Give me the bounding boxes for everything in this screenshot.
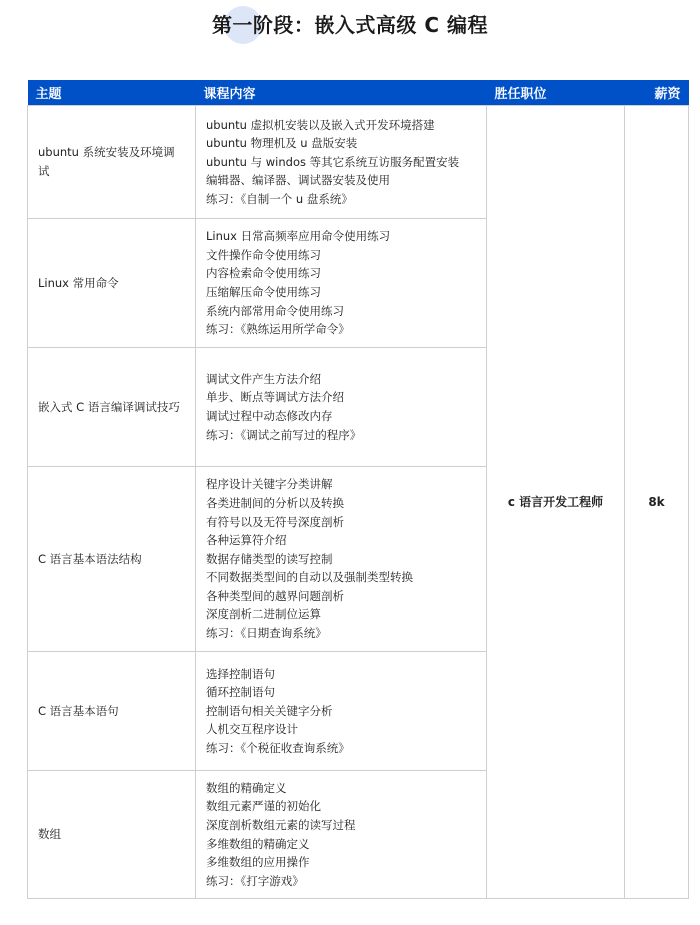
- content-line: 调试文件产生方法介绍: [206, 370, 476, 389]
- content-cell: 程序设计关键字分类讲解 各类进制间的分析以及转换 有符号以及无符号深度剖析 各种…: [196, 467, 487, 652]
- topic-cell: C 语言基本语法结构: [28, 467, 196, 652]
- content-line: 练习：《自制一个 u 盘系统》: [206, 190, 476, 209]
- content-cell: Linux 日常高频率应用命令使用练习 文件操作命令使用练习 内容检索命令使用练…: [196, 219, 487, 348]
- content-cell: 数组的精确定义 数组元素严谨的初始化 深度剖析数组元素的读写过程 多维数组的精确…: [196, 771, 487, 899]
- content-cell: 选择控制语句 循环控制语句 控制语句相关关键字分析 人机交互程序设计 练习：《个…: [196, 652, 487, 771]
- table-row: ubuntu 系统安装及环境调试 ubuntu 虚拟机安装以及嵌入式开发环境搭建…: [28, 106, 689, 219]
- topic-cell: Linux 常用命令: [28, 219, 196, 348]
- content-line: ubuntu 虚拟机安装以及嵌入式开发环境搭建: [206, 116, 476, 135]
- content-cell: 调试文件产生方法介绍 单步、断点等调试方法介绍 调试过程中动态修改内存 练习：《…: [196, 348, 487, 467]
- content-line: 有符号以及无符号深度剖析: [206, 513, 476, 532]
- topic-cell: 嵌入式 C 语言编译调试技巧: [28, 348, 196, 467]
- content-line: 数组元素严谨的初始化: [206, 797, 476, 816]
- table-header-row: 主题 课程内容 胜任职位 薪资: [28, 80, 689, 106]
- content-line: 练习：《调试之前写过的程序》: [206, 426, 476, 445]
- content-line: 练习：《日期查询系统》: [206, 624, 476, 643]
- content-line: 各种类型间的越界问题剖析: [206, 587, 476, 606]
- content-line: 练习：《个税征收查询系统》: [206, 739, 476, 758]
- content-line: 多维数组的精确定义: [206, 835, 476, 854]
- content-line: 循环控制语句: [206, 683, 476, 702]
- content-line: ubuntu 与 windos 等其它系统互访服务配置安装: [206, 153, 476, 172]
- content-line: 内容检索命令使用练习: [206, 264, 476, 283]
- column-header-content: 课程内容: [196, 80, 487, 106]
- content-line: 选择控制语句: [206, 665, 476, 684]
- course-table: 主题 课程内容 胜任职位 薪资 ubuntu 系统安装及环境调试 ubuntu …: [27, 80, 689, 899]
- content-line: Linux 日常高频率应用命令使用练习: [206, 227, 476, 246]
- page-header: 第一阶段：嵌入式高级 C 编程: [0, 6, 700, 46]
- page-title: 第一阶段：嵌入式高级 C 编程: [212, 6, 488, 44]
- topic-cell: 数组: [28, 771, 196, 899]
- salary-cell: 8k: [625, 106, 689, 899]
- content-line: 多维数组的应用操作: [206, 853, 476, 872]
- content-line: 单步、断点等调试方法介绍: [206, 388, 476, 407]
- content-line: 压缩解压命令使用练习: [206, 283, 476, 302]
- topic-cell: ubuntu 系统安装及环境调试: [28, 106, 196, 219]
- content-line: 不同数据类型间的自动以及强制类型转换: [206, 568, 476, 587]
- content-line: 各类进制间的分析以及转换: [206, 494, 476, 513]
- topic-cell: C 语言基本语句: [28, 652, 196, 771]
- content-line: 文件操作命令使用练习: [206, 246, 476, 265]
- content-line: 人机交互程序设计: [206, 720, 476, 739]
- column-header-salary: 薪资: [625, 80, 689, 106]
- position-cell: c 语言开发工程师: [487, 106, 625, 899]
- content-line: ubuntu 物理机及 u 盘版安装: [206, 134, 476, 153]
- content-line: 深度剖析数组元素的读写过程: [206, 816, 476, 835]
- content-line: 练习：《熟练运用所学命令》: [206, 320, 476, 339]
- content-line: 各种运算符介绍: [206, 531, 476, 550]
- column-header-topic: 主题: [28, 80, 196, 106]
- content-line: 深度剖析二进制位运算: [206, 605, 476, 624]
- content-line: 控制语句相关关键字分析: [206, 702, 476, 721]
- content-line: 数据存储类型的读写控制: [206, 550, 476, 569]
- content-line: 程序设计关键字分类讲解: [206, 475, 476, 494]
- content-line: 调试过程中动态修改内存: [206, 407, 476, 426]
- content-cell: ubuntu 虚拟机安装以及嵌入式开发环境搭建 ubuntu 物理机及 u 盘版…: [196, 106, 487, 219]
- content-line: 编辑器、编译器、调试器安装及使用: [206, 171, 476, 190]
- content-line: 系统内部常用命令使用练习: [206, 302, 476, 321]
- content-line: 数组的精确定义: [206, 779, 476, 798]
- column-header-position: 胜任职位: [487, 80, 625, 106]
- content-line: 练习：《打字游戏》: [206, 872, 476, 891]
